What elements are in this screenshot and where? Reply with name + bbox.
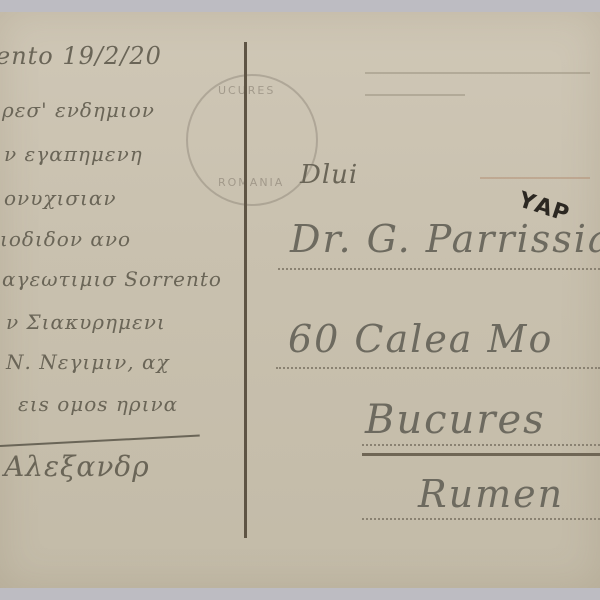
signature-underline bbox=[0, 435, 200, 447]
faint-rule bbox=[365, 72, 590, 74]
message-line-3: ν εγαπημενη bbox=[4, 142, 143, 166]
address-line-1 bbox=[278, 268, 600, 270]
faint-rule bbox=[365, 94, 465, 96]
faint-rule bbox=[480, 177, 590, 179]
address-line-4 bbox=[362, 518, 600, 520]
salutation: Dlui bbox=[300, 160, 358, 190]
postcard-back: UCURES ROMANIA ento 19/2/20 ρεσ' ενδημιο… bbox=[0, 12, 600, 588]
message-line-9: ειs ομοs ηρινα bbox=[18, 392, 178, 416]
address-city: Bucures bbox=[365, 397, 546, 443]
city-underline bbox=[362, 453, 600, 456]
address-name: Dr. G. Parrissia bbox=[290, 217, 600, 261]
message-line-7: ν Σιακυρημενι bbox=[6, 310, 166, 334]
message-line-1: ento 19/2/20 bbox=[0, 42, 162, 70]
message-line-8: Ν. Νεγιμιν, αχ bbox=[6, 350, 170, 374]
signature: Αλεξανδρ bbox=[4, 450, 150, 483]
address-street: 60 Calea Mo bbox=[288, 317, 553, 361]
address-line-3 bbox=[362, 444, 600, 446]
postmark-circle: UCURES ROMANIA bbox=[186, 74, 318, 206]
address-country: Rumen bbox=[418, 472, 564, 516]
divider-line bbox=[244, 42, 247, 538]
message-line-2: ρεσ' ενδημιον bbox=[2, 98, 155, 122]
message-line-4: ονυχισιαν bbox=[4, 186, 116, 210]
address-line-2 bbox=[276, 367, 600, 369]
message-line-5: ιοδιδον ανο bbox=[0, 227, 131, 251]
message-line-6: αγεωτιμισ Sorrento bbox=[2, 267, 222, 291]
stamp-bottom-text: ROMANIA bbox=[218, 176, 284, 189]
